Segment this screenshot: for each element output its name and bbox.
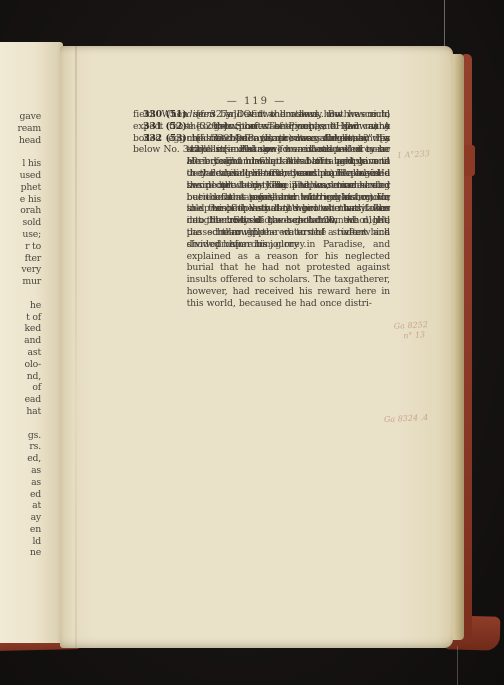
text-fragment: and — [0, 335, 41, 347]
text-fragment: ed — [0, 489, 41, 501]
text-fragment: head — [0, 135, 41, 147]
book-page: — 119 — field. When seen by David and as… — [60, 46, 453, 648]
text-fragment: as — [0, 465, 41, 477]
text-fragment: sold — [0, 217, 41, 229]
facing-page: gavereamheadl hisusedphete hisorahsoldus… — [0, 42, 63, 643]
text-fragment: ast — [0, 347, 41, 359]
text-fragment: used — [0, 170, 41, 182]
text-fragment: as — [0, 477, 41, 489]
text-fragment: ne — [0, 547, 41, 559]
text-fragment: phet — [0, 182, 41, 194]
text-fragment: orah — [0, 205, 41, 217]
text-fragment: mur — [0, 276, 41, 288]
text-fragment: ead — [0, 394, 41, 406]
body-text: field. When seen by David and asked how … — [133, 109, 390, 144]
text-fragment: he — [0, 300, 41, 312]
page-number: — 119 — — [60, 96, 453, 107]
text-fragment: t of — [0, 312, 41, 324]
text-fragment: nd, — [0, 371, 41, 383]
text-fragment: r to — [0, 241, 41, 253]
marginalia-note: 1 A°233 — [397, 149, 430, 160]
text-fragment: use; — [0, 229, 41, 241]
text-fragment: ked — [0, 323, 41, 335]
text-fragment — [0, 288, 41, 300]
text-fragment: hat — [0, 406, 41, 418]
text-fragment: ed, — [0, 453, 41, 465]
book-cover-edge-right — [463, 54, 472, 642]
text-fragment — [0, 146, 41, 158]
text-fragment: very — [0, 264, 41, 276]
text-fragment: olo- — [0, 359, 41, 371]
text-fragment: gs. — [0, 430, 41, 442]
text-fragment: rs. — [0, 441, 41, 453]
text-fragment: en — [0, 524, 41, 536]
book-photo: gavereamheadl hisusedphete hisorahsoldus… — [0, 0, 504, 685]
text-fragment: l his — [0, 158, 41, 170]
text-fragment — [0, 418, 41, 430]
text-fragment: e his — [0, 194, 41, 206]
text-fragment: fter — [0, 253, 41, 265]
text-fragment: ay — [0, 512, 41, 524]
facing-page-text-fragments: gavereamheadl hisusedphete hisorahsoldus… — [0, 111, 41, 559]
text-fragment: of — [0, 382, 41, 394]
thread-line-top — [444, 0, 445, 50]
text-fragment: at — [0, 500, 41, 512]
thread-line-bottom — [457, 646, 458, 685]
text-fragment: ream — [0, 123, 41, 135]
marginalia-note: Ga 8252n° 13 — [394, 320, 429, 341]
text-fragment: gave — [0, 111, 41, 123]
page-crease — [75, 46, 77, 648]
text-fragment: ld — [0, 536, 41, 548]
